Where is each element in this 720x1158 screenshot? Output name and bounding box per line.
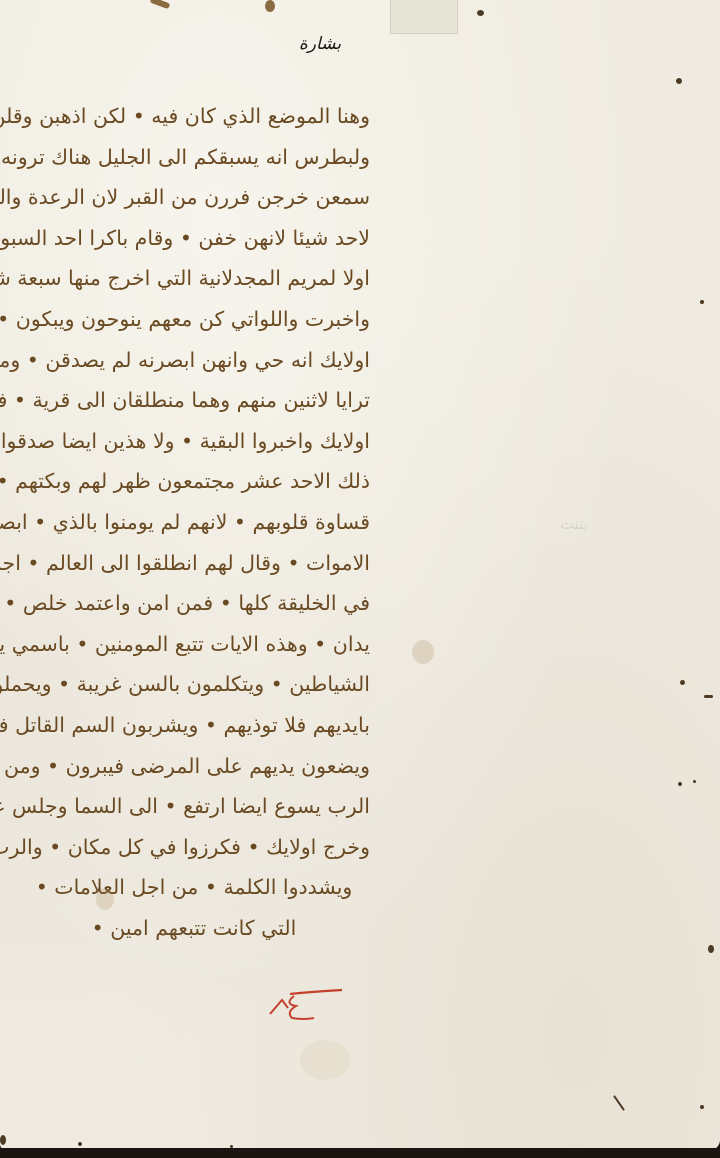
text-line: بايديهم فلا توذيهم • ويشربون السم القاتل… [18, 705, 370, 746]
foxing-spot [477, 10, 484, 16]
text-line: واخبرت واللواتي كن معهم ينوحون ويبكون • … [18, 299, 370, 340]
text-line: لاحد شيئا لانهن خفن • وقام باكرا احد الس… [18, 218, 370, 259]
ink-stain [96, 888, 114, 910]
text-line: اولايك واخبروا البقية • ولا هذين ايضا صد… [18, 421, 370, 462]
ink-stain [412, 640, 434, 664]
text-line: اولا لمريم المجدلانية التي اخرج منها سبع… [18, 258, 370, 299]
text-line: قساوة قلوبهم • لانهم لم يومنوا بالذي • ا… [18, 502, 370, 543]
bleed-through-text: يتنت [560, 515, 588, 533]
water-stain [300, 1040, 350, 1080]
foxing-spot [693, 780, 696, 783]
text-line: سمعن خرجن فررن من القبر لان الرعدة والحي… [18, 177, 370, 218]
manuscript-text-block: وهنا الموضع الذي كان فيه • لكن اذهبن وقل… [18, 96, 370, 948]
foxing-spot [708, 945, 714, 953]
text-line: ولبطرس انه يسبقكم الى الجليل هناك ترونه … [18, 137, 370, 178]
text-line: في الخليقة كلها • فمن امن واعتمد خلص • و… [18, 583, 370, 624]
text-line: الشياطين • ويتكلمون بالسن غريبة • ويحملو… [18, 664, 370, 705]
text-line: الاموات • وقال لهم انطلقوا الى العالم • … [18, 543, 370, 584]
foxing-spot [0, 1135, 6, 1145]
foxing-spot [680, 680, 685, 685]
foxing-spot [704, 695, 713, 698]
colophon-flourish-icon [268, 988, 348, 1024]
text-line: ترايا لاثنين منهم وهما منطلقان الى قرية … [18, 380, 370, 421]
foxing-spot [678, 782, 682, 786]
page-bottom-edge [0, 1148, 720, 1158]
conservation-tape [390, 0, 458, 34]
manuscript-page: بشارة وهنا الموضع الذي كان فيه • لكن اذه… [0, 0, 720, 1150]
text-line: ويضعون يديهم على المرضى فيبرون • ومن بعد… [18, 746, 370, 787]
folio-heading: بشارة [296, 34, 344, 54]
edge-damage [265, 0, 275, 12]
foxing-spot [78, 1142, 82, 1146]
text-line: التي كانت تتبعهم امين • [18, 908, 370, 949]
foxing-spot [700, 1105, 704, 1109]
text-line: اولايك انه حي وانهن ابصرنه لم يصدقن • وم… [18, 340, 370, 381]
foxing-spot [676, 78, 682, 84]
paper-crease [613, 1095, 625, 1111]
text-line: ذلك الاحد عشر مجتمعون ظهر لهم وبكتهم • ل… [18, 461, 370, 502]
text-line: يدان • وهذه الايات تتبع المومنين • باسمي… [18, 624, 370, 665]
text-line: وهنا الموضع الذي كان فيه • لكن اذهبن وقل… [18, 96, 370, 137]
text-line: وخرج اولايك • فكرزوا في كل مكان • والرب … [18, 827, 370, 868]
foxing-spot [700, 300, 704, 304]
edge-damage [150, 0, 171, 9]
text-line: الرب يسوع ايضا ارتفع • الى السما وجلس عن… [18, 786, 370, 827]
text-line: ويشددوا الكلمة • من اجل العلامات • [18, 867, 370, 908]
